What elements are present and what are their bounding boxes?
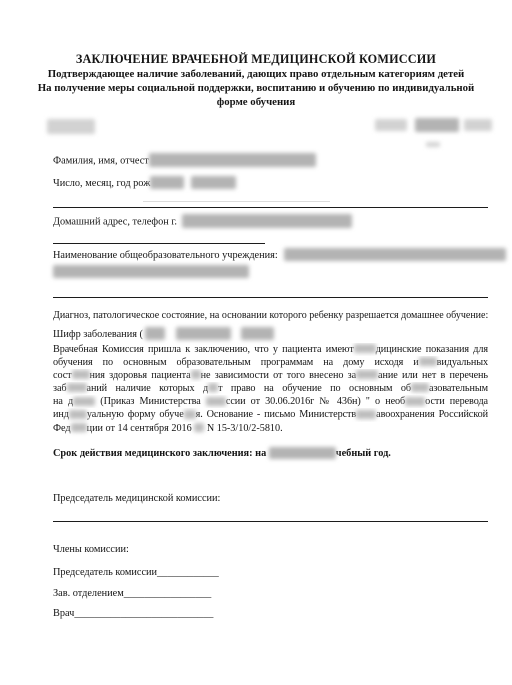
conclusion-line: Врачебная Комиссия пришла к заключению, … <box>53 343 488 356</box>
medical-commission-document: ЗАКЛЮЧЕНИЕ ВРАЧЕБНОЙ МЕДИЦИНСКОЙ КОМИССИ… <box>0 0 512 685</box>
conclusion-line: индуальную форму обучея. Основание - пис… <box>53 408 488 421</box>
field-birth-date: Число, месяц, год рож <box>53 177 488 190</box>
field-disease-code: Шифр заболевания ( <box>53 328 488 341</box>
redacted-text <box>241 327 274 340</box>
field-full-name: Фамилия, имя, отчест <box>53 154 488 168</box>
redacted-text <box>415 118 459 132</box>
signature-chairman: Председатель комиссии____________ <box>53 566 488 579</box>
conclusion-line: состния здоровья пациентане зависимости … <box>53 369 488 382</box>
redacted-text <box>269 447 336 459</box>
document-title: ЗАКЛЮЧЕНИЕ ВРАЧЕБНОЙ МЕДИЦИНСКОЙ КОМИССИ… <box>0 52 512 110</box>
doc-date-redacted <box>375 117 492 135</box>
diagnosis-label: Диагноз, патологическое состояние, на ос… <box>53 309 488 322</box>
redacted-text <box>464 119 492 131</box>
redacted-text <box>67 383 87 392</box>
chairman-label: Председатель медицинской комиссии: <box>53 492 488 505</box>
redacted-text <box>405 397 425 406</box>
field-school-name: Наименование общеобразовательного учрежд… <box>53 249 488 262</box>
conclusion-line: обучения по основным образовательным про… <box>53 356 488 369</box>
redacted-text <box>208 383 218 392</box>
redacted-text <box>426 142 440 147</box>
title-line-3: На получение меры социальной поддержки, … <box>0 81 512 95</box>
redacted-text <box>53 265 249 278</box>
redacted-text <box>182 214 352 228</box>
redacted-text <box>176 327 231 340</box>
signature-head-of-department: Зав. отделением_________________ <box>53 587 488 600</box>
redacted-text <box>191 176 236 189</box>
redacted-text <box>150 176 184 189</box>
title-line-1: ЗАКЛЮЧЕНИЕ ВРАЧЕБНОЙ МЕДИЦИНСКОЙ КОМИССИ… <box>0 52 512 67</box>
title-line-4: форме обучения <box>0 95 512 109</box>
redacted-text <box>194 423 204 432</box>
redacted-text <box>206 397 226 406</box>
redacted-text <box>356 370 378 379</box>
signature-doctor: Врач___________________________ <box>53 607 488 620</box>
redacted-text <box>411 383 429 392</box>
validity-period: Срок действия медицинского заключения: н… <box>53 447 488 460</box>
redacted-text <box>191 370 201 379</box>
redacted-text <box>73 397 95 406</box>
doc-number-redacted <box>47 118 95 136</box>
redacted-text <box>284 248 506 261</box>
field-address: Домашний адрес, телефон г. <box>53 215 488 229</box>
members-label: Члены комиссии: <box>53 543 488 556</box>
redacted-text <box>149 153 316 167</box>
redacted-text <box>354 344 376 353</box>
redacted-text <box>71 423 87 432</box>
redacted-text <box>145 327 165 340</box>
divider-light <box>143 201 330 202</box>
redacted-text <box>72 370 90 379</box>
doc-date-smudge-redacted <box>426 136 440 154</box>
conclusion-line: забаний наличие которых дт право на обуч… <box>53 382 488 395</box>
divider <box>53 243 265 244</box>
divider <box>53 521 488 522</box>
field-school-name-line2 <box>53 266 488 279</box>
divider <box>53 297 488 298</box>
conclusion-line: на д (Приказ Министерства ссии от 30.06.… <box>53 395 488 408</box>
redacted-text <box>375 119 407 131</box>
title-line-2: Подтверждающее наличие заболеваний, дающ… <box>0 67 512 81</box>
redacted-text <box>184 410 196 419</box>
redacted-text <box>69 410 87 419</box>
redacted-text <box>356 410 376 419</box>
redacted-text <box>419 357 437 366</box>
divider <box>53 207 488 208</box>
conclusion-line-last: Федции от 14 сентября 2016 N 15-3/10/2-5… <box>53 422 488 435</box>
redacted-text <box>47 119 95 134</box>
conclusion-paragraph: Врачебная Комиссия пришла к заключению, … <box>53 343 488 435</box>
